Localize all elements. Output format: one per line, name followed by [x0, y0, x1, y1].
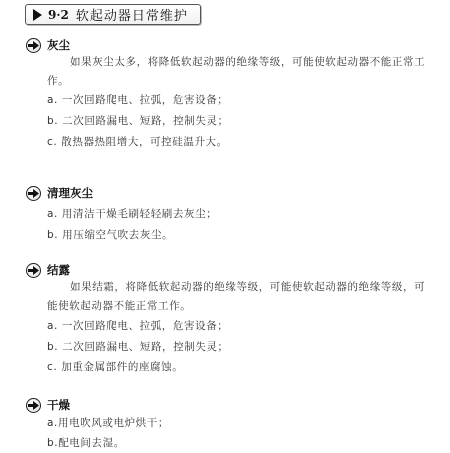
paragraph-line: 能使软起动器不能正常工作。: [47, 299, 191, 313]
list-item: a. 一次回路爬电、拉弧，危害设备；: [47, 319, 228, 333]
circled-right-arrow-icon: [26, 186, 41, 201]
section-title: 灰尘: [47, 37, 70, 53]
paragraph-line: 如果结霜，将降低软起动器的绝缘等级，可能使软起动器的绝缘等级，可: [70, 280, 425, 294]
paragraph-line: 作。: [47, 74, 69, 88]
section-title: 清理灰尘: [47, 185, 93, 201]
circled-right-arrow-icon: [26, 38, 41, 53]
list-item: b. 二次回路漏电、短路，控制失灵；: [47, 340, 229, 354]
list-item: c. 散热器热阻增大，可控硅温升大。: [47, 135, 228, 149]
page-title: 软起动器日常维护: [76, 5, 188, 24]
section-heading-condensation: 结露: [26, 262, 70, 278]
section-heading-drying: 干燥: [26, 397, 70, 413]
list-item: c. 加重金属部件的座腐蚀。: [47, 360, 183, 374]
section-heading-cleaning: 清理灰尘: [26, 185, 93, 201]
circled-right-arrow-icon: [26, 398, 41, 413]
triangle-right-icon: [33, 9, 42, 21]
list-item: a. 一次回路爬电、拉弧，危害设备；: [47, 93, 228, 107]
circled-right-arrow-icon: [26, 263, 41, 278]
list-item: b. 二次回路漏电、短路，控制失灵；: [47, 114, 229, 128]
list-item: b. 用压缩空气吹去灰尘。: [47, 228, 173, 242]
section-number: 9·2: [48, 8, 69, 22]
section-heading-dust: 灰尘: [26, 37, 70, 53]
section-title: 干燥: [47, 397, 70, 413]
list-item: b.配电间去湿。: [47, 436, 125, 450]
paragraph-line: 如果灰尘太多，将降低软起动器的绝缘等级，可能使软起动器不能正常工: [70, 55, 425, 69]
section-title: 结露: [47, 262, 70, 278]
list-item: a. 用清洁干燥毛刷轻轻刷去灰尘；: [47, 207, 217, 221]
list-item: a.用电吹风或电炉烘干；: [47, 416, 169, 430]
section-title-box: 9·2 软起动器日常维护: [25, 4, 201, 25]
